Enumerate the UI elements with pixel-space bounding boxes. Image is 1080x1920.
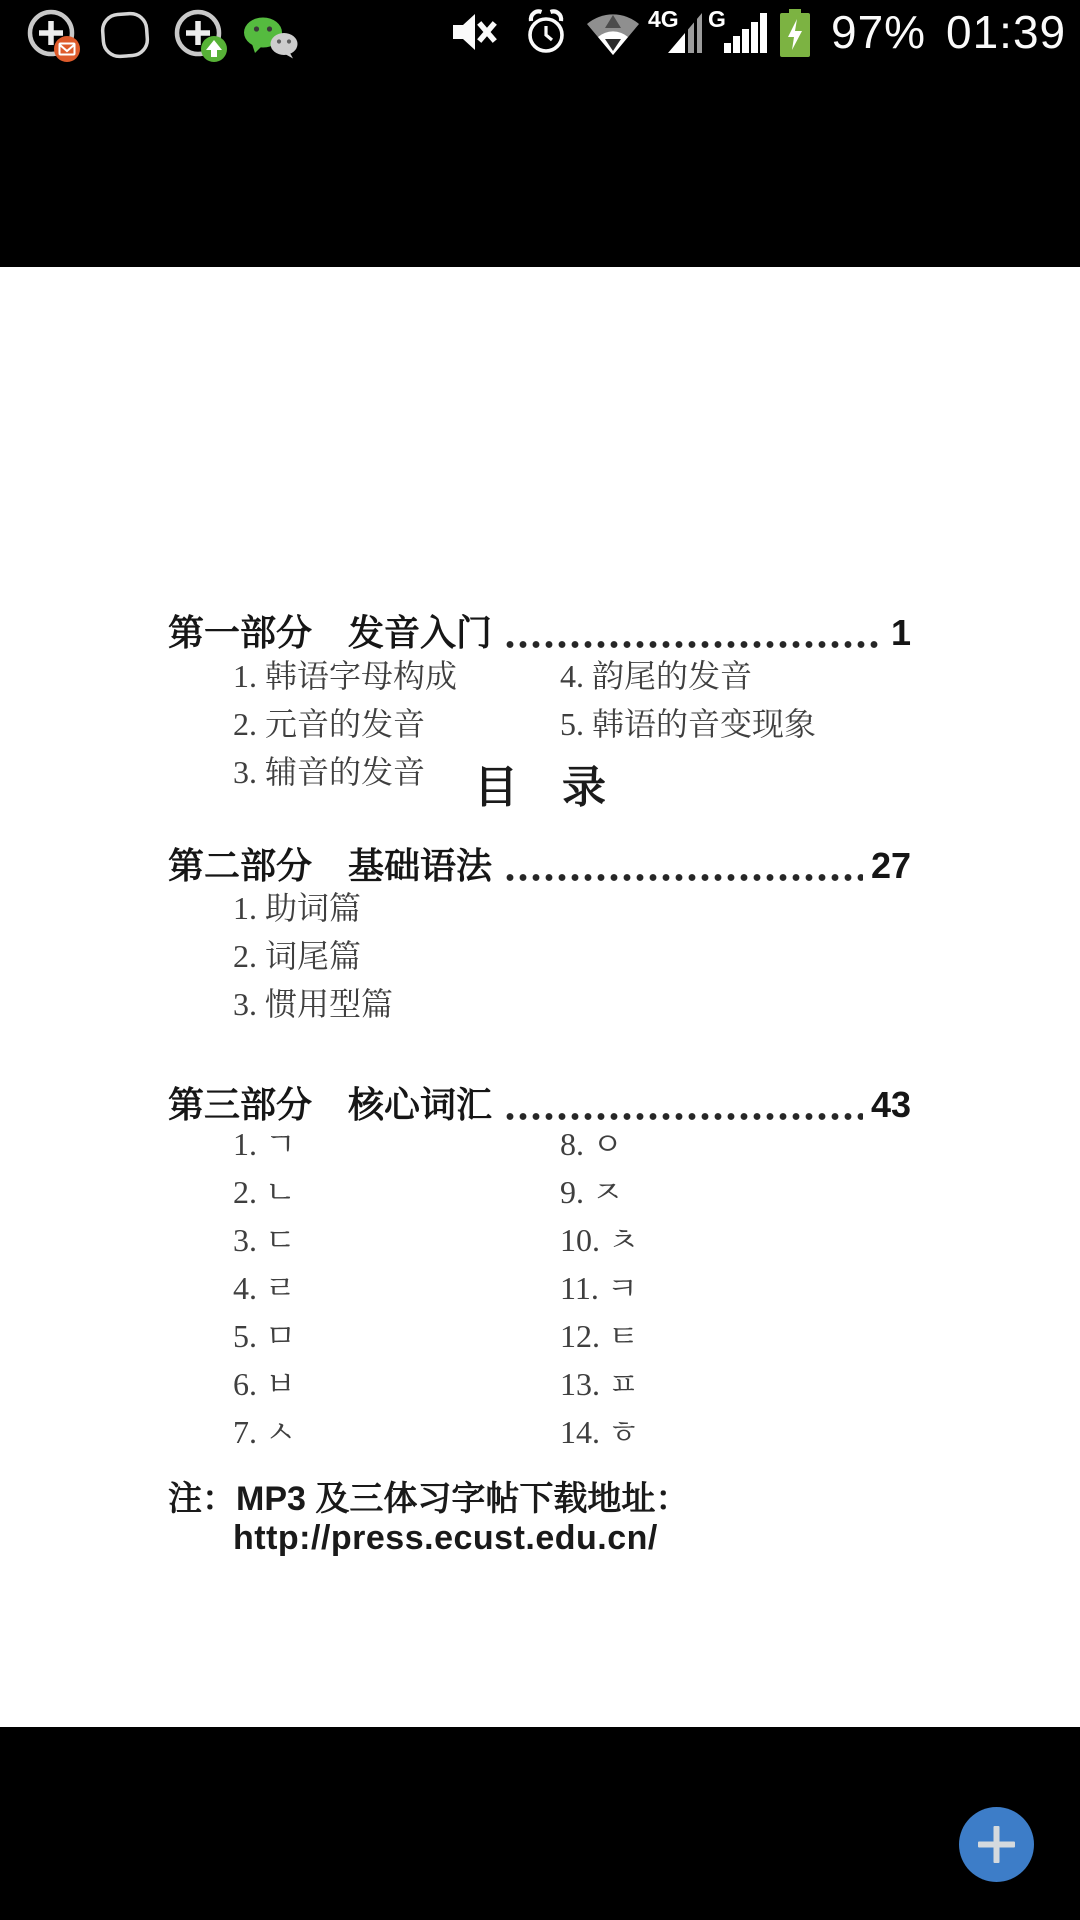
toc-section-2-col-1: 1. 助词篇 2. 词尾篇 3. 惯用型篇 [233, 884, 393, 1028]
dot-leader [506, 873, 863, 882]
circle-plus-mail-icon [24, 6, 82, 63]
toc-item: 3. ㄷ [233, 1216, 296, 1264]
toc-item: 2. 词尾篇 [233, 932, 393, 980]
wifi-activity-icon [584, 9, 642, 57]
toc-section-3-col-1: 1. ㄱ 2. ㄴ 3. ㄷ 4. ㄹ 5. ㅁ 6. ㅂ 7. ㅅ [233, 1120, 296, 1456]
toc-item: 3. 惯用型篇 [233, 980, 393, 1028]
toc-item: 13. ㅍ [560, 1360, 639, 1408]
toc-section-1-heading: 第一部分 发音入门 1 [168, 612, 911, 654]
toc-section-2-heading: 第二部分 基础语法 27 [168, 845, 911, 887]
toc-item: 3. 辅音的发音 [233, 748, 457, 796]
wechat-icon [243, 17, 299, 59]
section-label: 第二部分 基础语法 [168, 845, 492, 887]
toc-item: 5. ㅁ [233, 1312, 296, 1360]
status-bar[interactable]: 4G G 97% 01:39 [0, 0, 1080, 64]
toc-title: 目 录 [4, 764, 1076, 812]
battery-charging-icon [780, 9, 810, 57]
toc-item: 4. ㄹ [233, 1264, 296, 1312]
toc-item: 4. 韵尾的发音 [560, 652, 816, 700]
toc-item: 2. 元音的发音 [233, 700, 457, 748]
signal-4g-icon [668, 13, 702, 54]
squircle-outline-icon [99, 11, 151, 59]
plus-icon [959, 1807, 1034, 1882]
document-page[interactable]: 目 录 第一部分 发音入门 1 1. 韩语字母构成 2. 元音的发音 3. 辅音… [0, 267, 1080, 1727]
section-page-number: 43 [871, 1084, 911, 1126]
toc-section-1-col-1: 1. 韩语字母构成 2. 元音的发音 3. 辅音的发音 [233, 652, 457, 796]
toc-item: 11. ㅋ [560, 1264, 639, 1312]
toc-section-3-col-2: 8. ㅇ 9. ㅈ 10. ㅊ 11. ㅋ 12. ㅌ 13. ㅍ 14. ㅎ [560, 1120, 639, 1456]
toc-item: 9. ㅈ [560, 1168, 639, 1216]
circle-plus-upload-icon [171, 6, 229, 63]
toc-item: 6. ㅂ [233, 1360, 296, 1408]
volume-muted-icon [451, 11, 497, 53]
note-line-1: 注：MP3 及三体习字帖下载地址： [168, 1480, 689, 1519]
toc-section-1-col-2: 4. 韵尾的发音 5. 韩语的音变现象 [560, 652, 816, 748]
toc-item: 1. 助词篇 [233, 884, 393, 932]
clock-time: 01:39 [946, 7, 1066, 57]
section-label: 第一部分 发音入门 [168, 612, 492, 654]
note-url: http://press.ecust.edu.cn/ [168, 1519, 689, 1558]
download-note: 注：MP3 及三体习字帖下载地址： http://press.ecust.edu… [168, 1480, 689, 1558]
section-label: 第三部分 核心词汇 [168, 1084, 492, 1126]
toc-item: 1. ㄱ [233, 1120, 296, 1168]
battery-percent: 97% [831, 7, 926, 57]
section-page-number: 1 [891, 612, 911, 654]
toc-item: 10. ㅊ [560, 1216, 639, 1264]
toc-item: 2. ㄴ [233, 1168, 296, 1216]
toc-item: 14. ㅎ [560, 1408, 639, 1456]
toc-item: 12. ㅌ [560, 1312, 639, 1360]
toc-item: 1. 韩语字母构成 [233, 652, 457, 700]
dot-leader [506, 640, 883, 649]
toc-item: 7. ㅅ [233, 1408, 296, 1456]
signal-g-icon [724, 13, 768, 54]
alarm-clock-icon [523, 8, 569, 56]
section-page-number: 27 [871, 845, 911, 887]
phone-screen: 4G G 97% 01:39 目 录 第一部分 发音入门 1 [0, 0, 1080, 1920]
fab-add-button[interactable] [959, 1807, 1034, 1882]
toc-item: 5. 韩语的音变现象 [560, 700, 816, 748]
toc-item: 8. ㅇ [560, 1120, 639, 1168]
